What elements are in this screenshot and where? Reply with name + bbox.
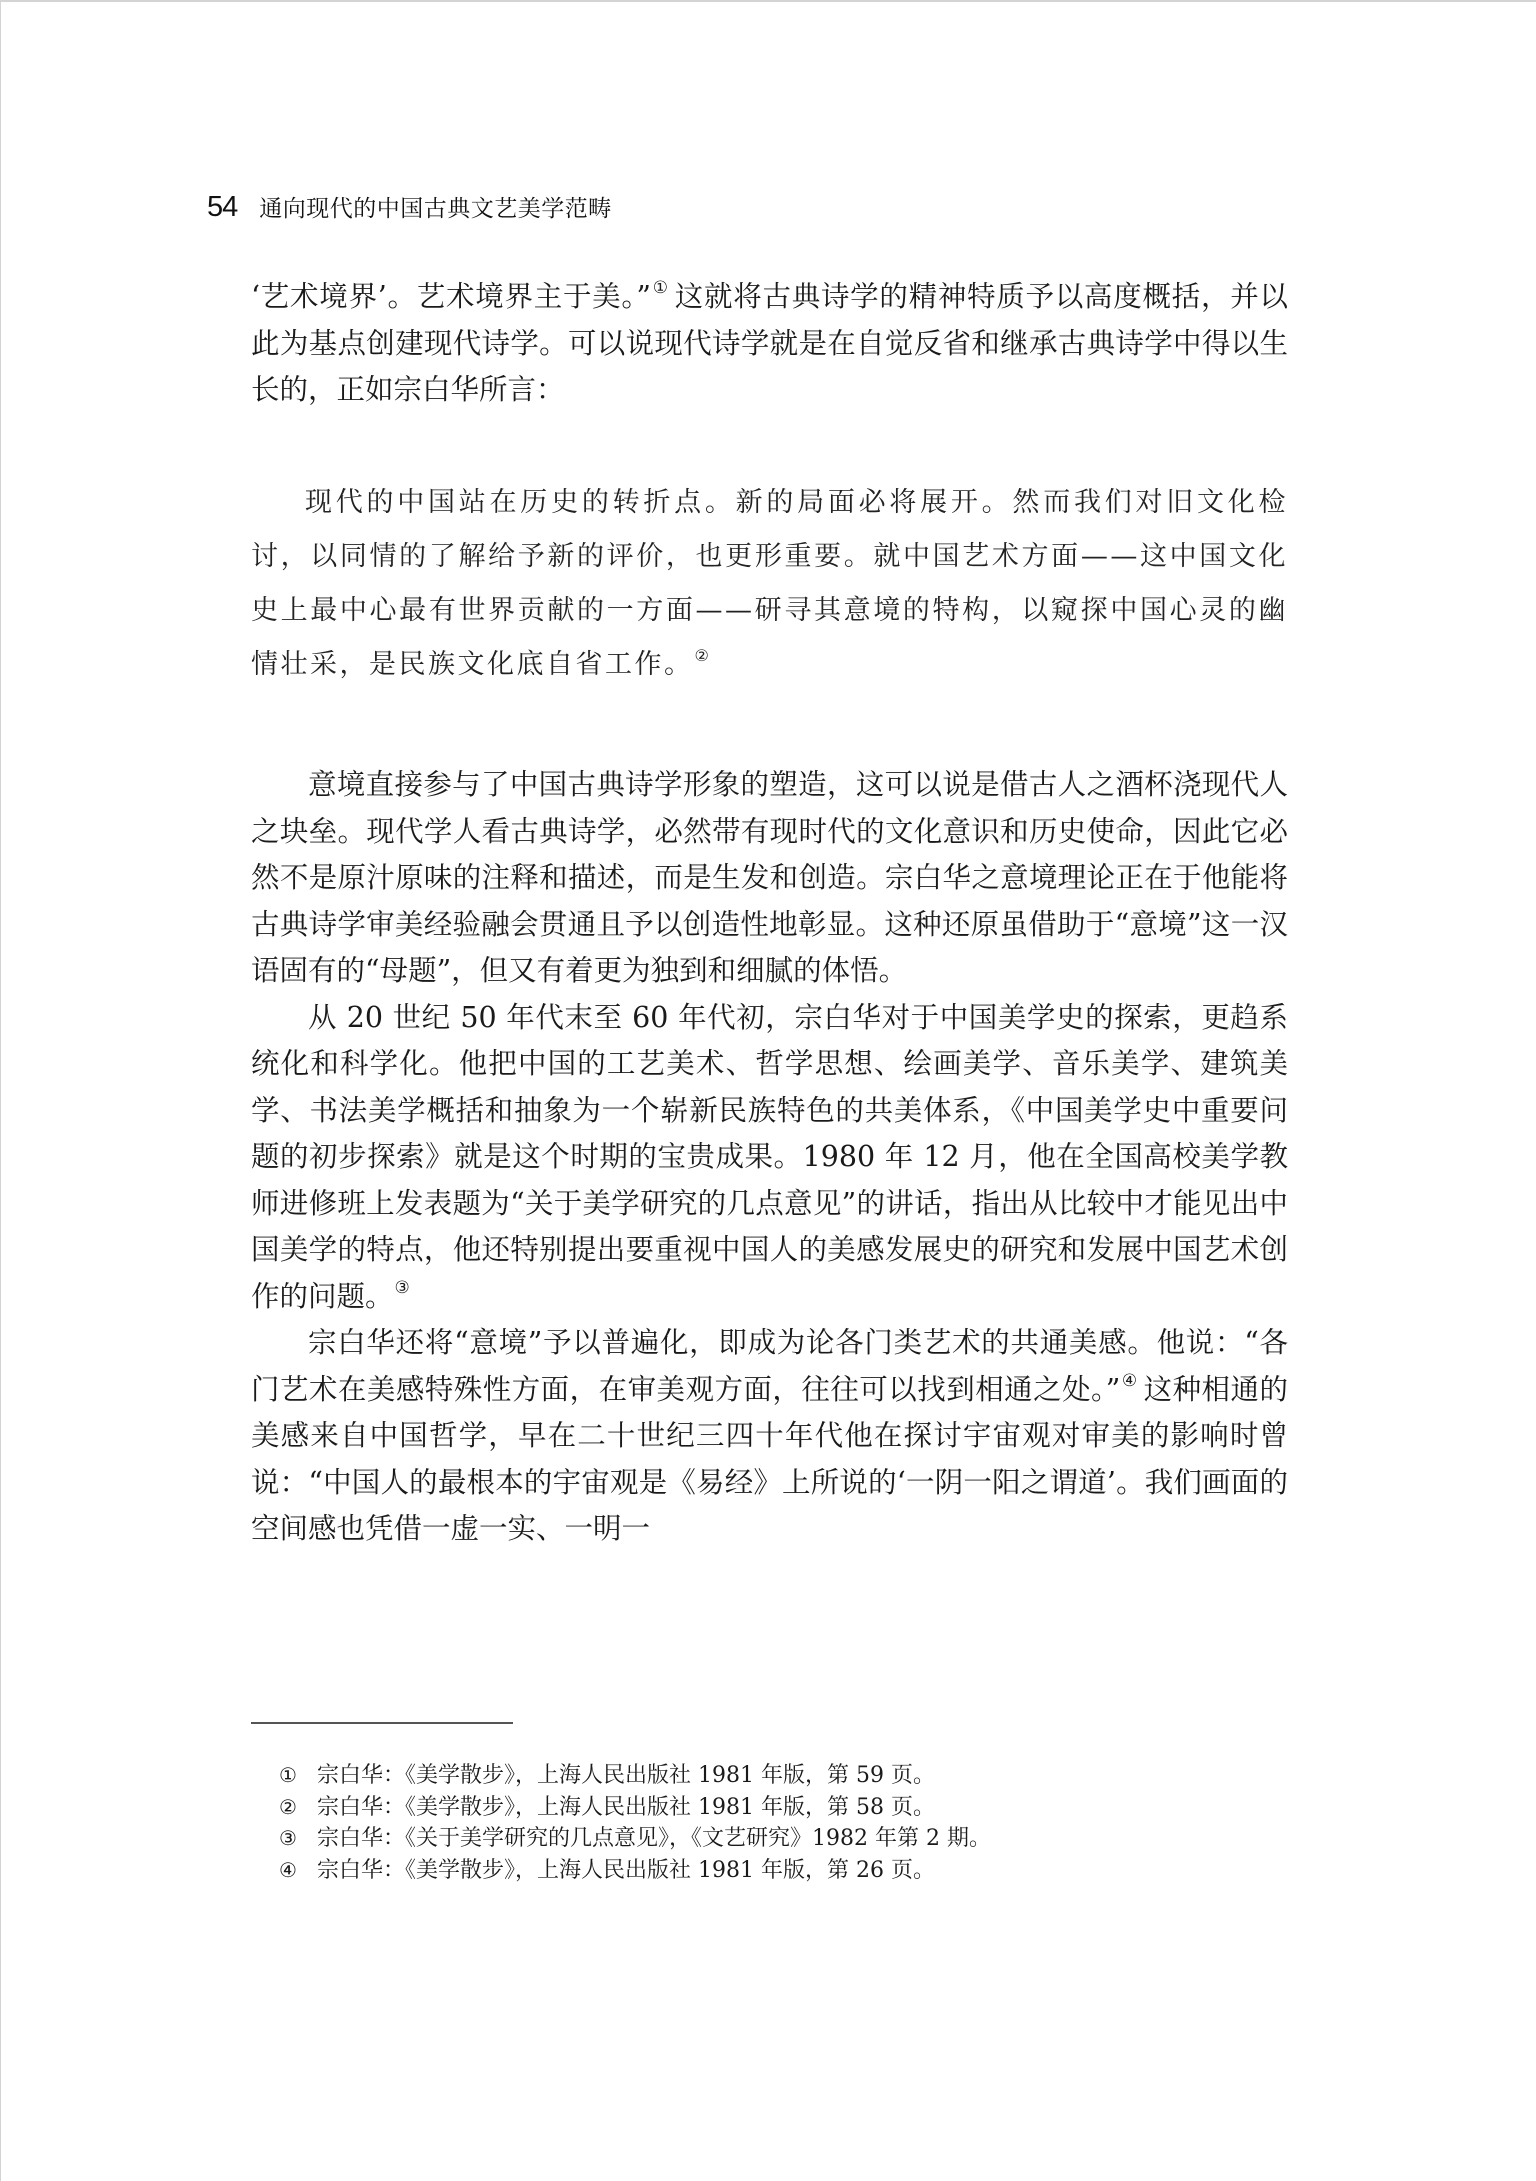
paragraph: 意境直接参与了中国古典诗学形象的塑造，这可以说是借古人之酒杯浇现代人之块垒。现代… xyxy=(251,762,1288,995)
paragraph-continuation: ‘艺术境界’。艺术境界主于美。”①这就将古典诗学的精神特质予以高度概括，并以此为… xyxy=(251,274,1288,414)
footnote-marker: ② xyxy=(279,1792,317,1823)
paragraph-text: 意境直接参与了中国古典诗学形象的塑造，这可以说是借古人之酒杯浇现代人之块垒。现代… xyxy=(251,768,1288,987)
footnote-ref-3[interactable]: ③ xyxy=(395,1278,410,1298)
paragraph-text: ‘艺术境界’。艺术境界主于美。” xyxy=(251,280,651,313)
footnote-marker: ③ xyxy=(279,1823,317,1854)
paragraph: 宗白华还将“意境”予以普遍化，即成为论各门类艺术的共通美感。他说：“各门艺术在美… xyxy=(251,1320,1288,1553)
footnote-1: ① 宗白华：《美学散步》，上海人民出版社 1981 年版，第 59 页。 xyxy=(279,1760,991,1792)
quote-paragraph: 现代的中国站在历史的转折点。新的局面必将展开。然而我们对旧文化检讨，以同情的了解… xyxy=(251,476,1288,692)
page-number: 54 xyxy=(207,191,237,224)
running-head: 54 通向现代的中国古典文艺美学范畴 xyxy=(207,190,612,224)
footnote-ref-1[interactable]: ① xyxy=(652,278,669,298)
footnote-marker: ④ xyxy=(279,1855,317,1886)
footnote-ref-4[interactable]: ④ xyxy=(1121,1371,1137,1391)
paragraph: 从 20 世纪 50 年代末至 60 年代初，宗白华对于中国美学史的探索，更趋系… xyxy=(251,995,1288,1321)
footnote-4: ④ 宗白华：《美学散步》，上海人民出版社 1981 年版，第 26 页。 xyxy=(279,1855,991,1887)
footnote-2: ② 宗白华：《美学散步》，上海人民出版社 1981 年版，第 58 页。 xyxy=(279,1792,991,1824)
book-title: 通向现代的中国古典文艺美学范畴 xyxy=(259,190,612,223)
footnote-text: 宗白华：《美学散步》，上海人民出版社 1981 年版，第 58 页。 xyxy=(317,1793,935,1824)
main-text: 意境直接参与了中国古典诗学形象的塑造，这可以说是借古人之酒杯浇现代人之块垒。现代… xyxy=(251,762,1288,1553)
footnotes: ① 宗白华：《美学散步》，上海人民出版社 1981 年版，第 59 页。 ② 宗… xyxy=(279,1760,991,1886)
footnote-text: 宗白华：《美学散步》，上海人民出版社 1981 年版，第 59 页。 xyxy=(317,1761,935,1792)
footnote-divider xyxy=(251,1722,513,1724)
quote-text: 现代的中国站在历史的转折点。新的局面必将展开。然而我们对旧文化检讨，以同情的了解… xyxy=(251,487,1288,680)
paragraph: ‘艺术境界’。艺术境界主于美。”①这就将古典诗学的精神特质予以高度概括，并以此为… xyxy=(251,274,1288,414)
footnote-text: 宗白华：《美学散步》，上海人民出版社 1981 年版，第 26 页。 xyxy=(317,1856,935,1887)
footnote-ref-2[interactable]: ② xyxy=(695,646,710,665)
footnote-text: 宗白华：《关于美学研究的几点意见》，《文艺研究》1982 年第 2 期。 xyxy=(317,1824,991,1855)
paragraph-text: 从 20 世纪 50 年代末至 60 年代初，宗白华对于中国美学史的探索，更趋系… xyxy=(251,1001,1288,1313)
block-quote: 现代的中国站在历史的转折点。新的局面必将展开。然而我们对旧文化检讨，以同情的了解… xyxy=(251,476,1288,692)
footnote-marker: ① xyxy=(279,1760,317,1791)
paragraph-text: 宗白华还将“意境”予以普遍化，即成为论各门类艺术的共通美感。他说：“各门艺术在美… xyxy=(251,1326,1288,1406)
footnote-3: ③ 宗白华：《关于美学研究的几点意见》，《文艺研究》1982 年第 2 期。 xyxy=(279,1823,991,1855)
book-page: 54 通向现代的中国古典文艺美学范畴 ‘艺术境界’。艺术境界主于美。”①这就将古… xyxy=(0,0,1536,2181)
